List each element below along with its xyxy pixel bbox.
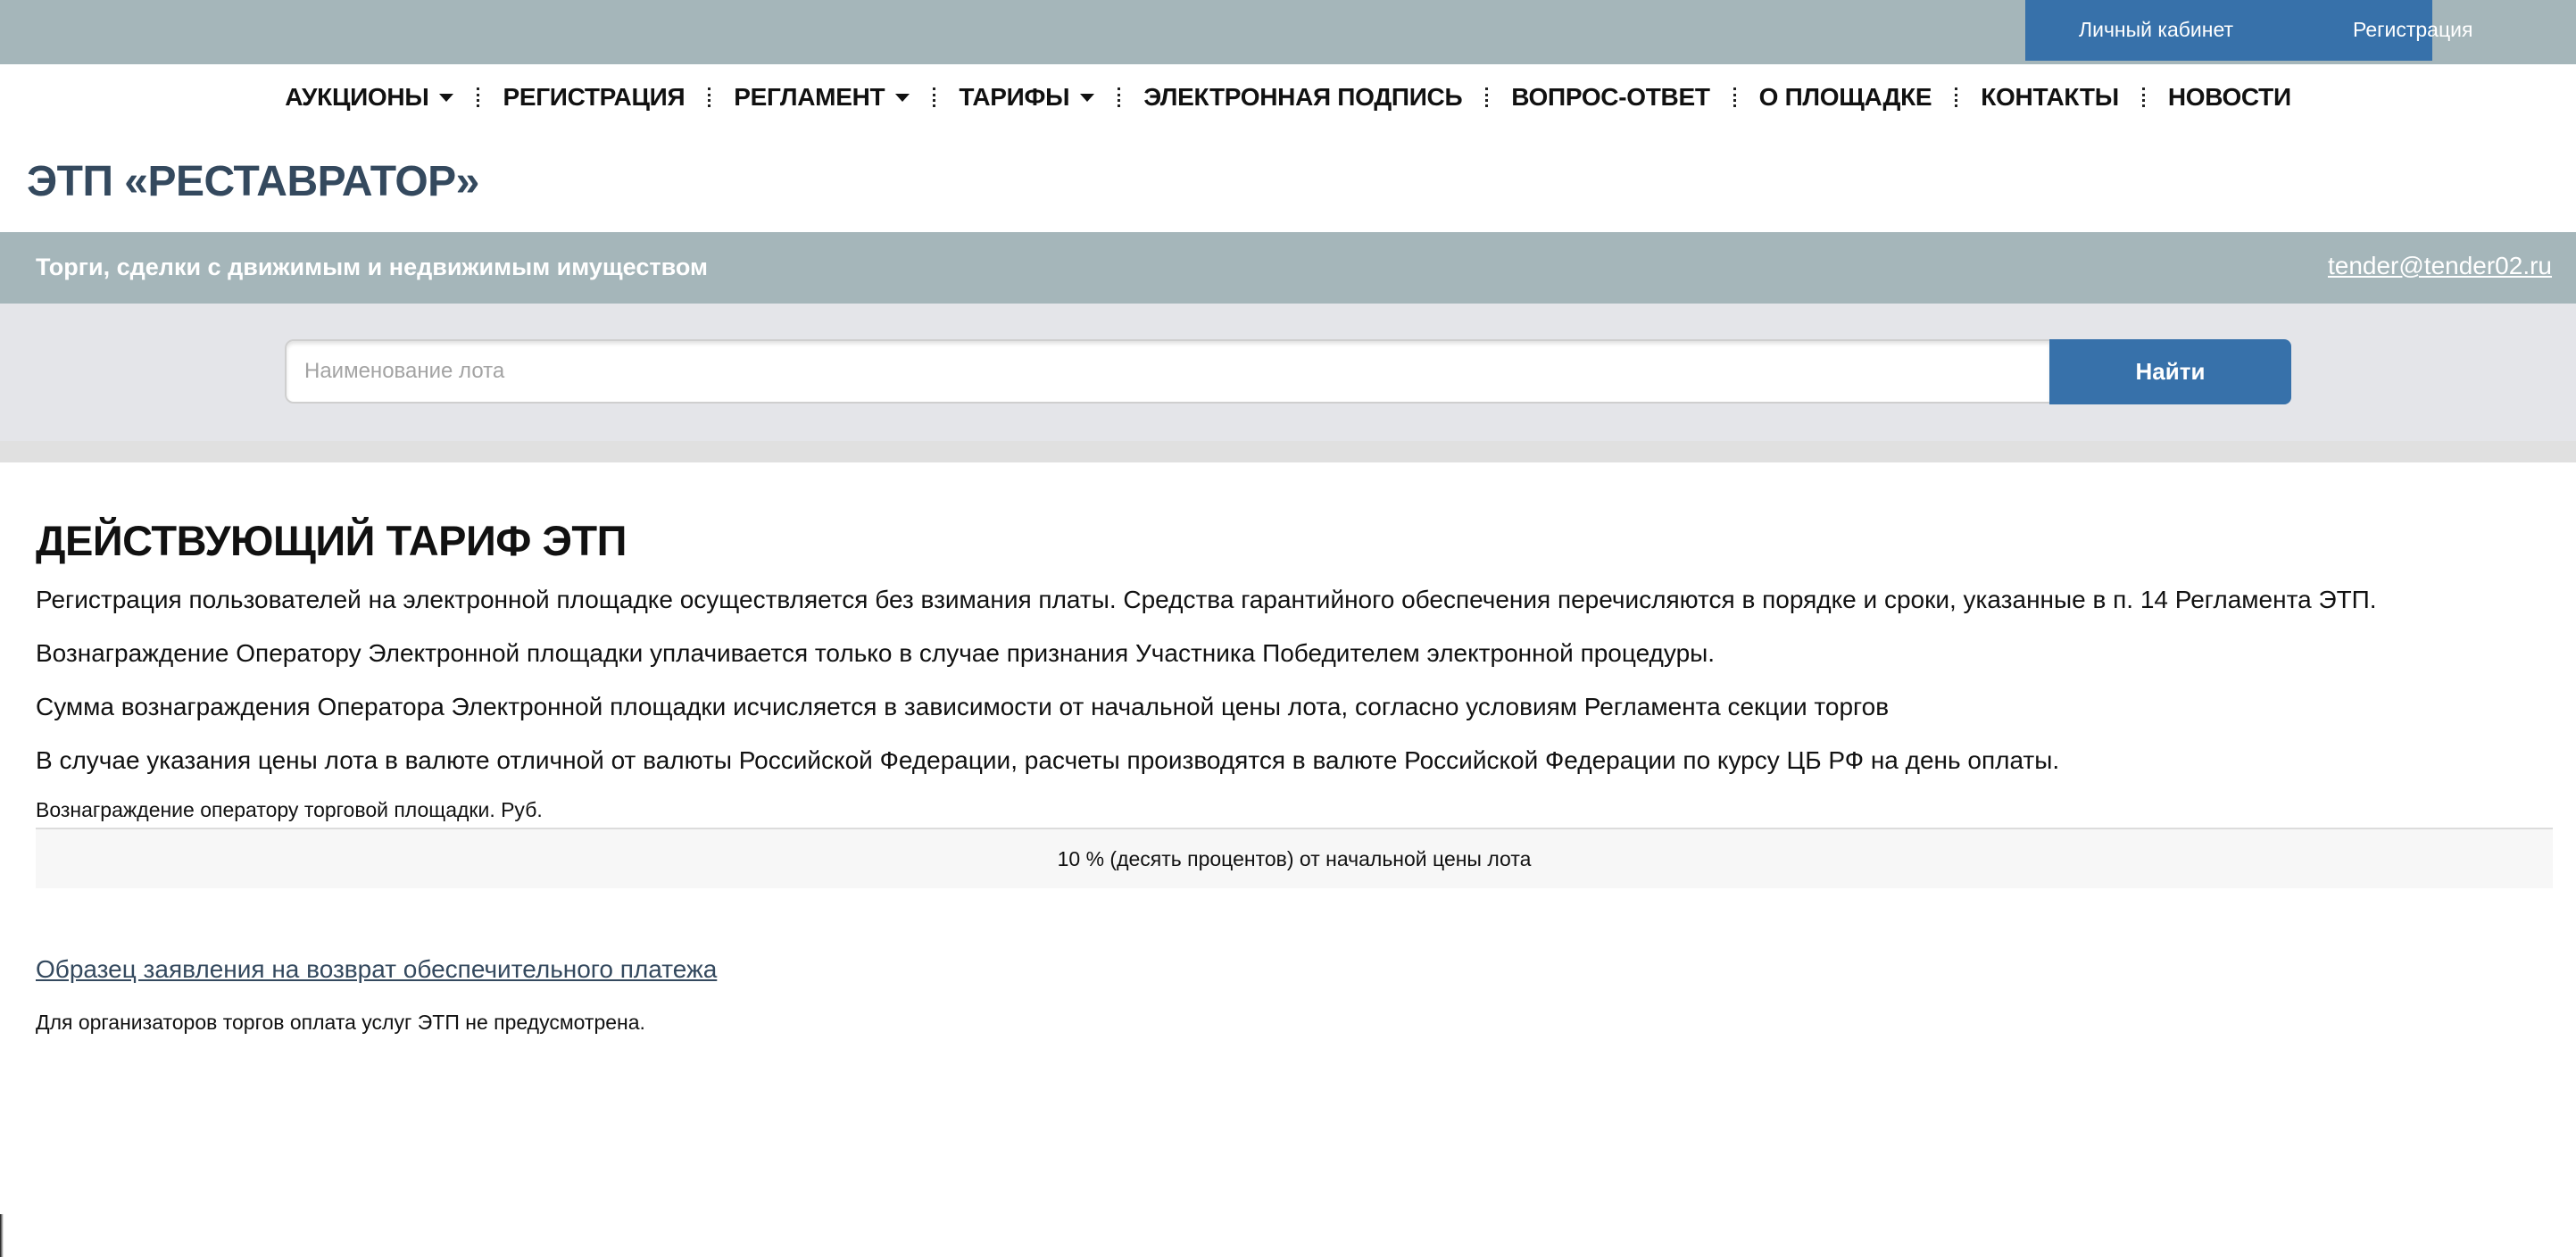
paragraph-registration: Регистрация пользователей на электронной… (36, 584, 2377, 616)
nav-item-registration[interactable]: РЕГИСТРАЦИЯ (479, 53, 708, 142)
slogan-band: Торги, сделки с движимым и недвижимым им… (0, 232, 2576, 304)
nav-item-contacts[interactable]: КОНТАКТЫ (1957, 53, 2142, 142)
tariff-content: ДЕЙСТВУЮЩИЙ ТАРИФ ЭТП Регистрация пользо… (36, 500, 2553, 565)
email-link[interactable]: tender@tender02.ru (2328, 252, 2552, 280)
site-logo[interactable]: ЭТП «РЕСТАВРАТОР» (27, 157, 479, 206)
nav-item-faq[interactable]: ВОПРОС-ОТВЕТ (1488, 53, 1733, 142)
nav-item-news[interactable]: НОВОСТИ (2145, 53, 2314, 142)
fee-table-caption: Вознаграждение оператору торговой площад… (36, 798, 543, 822)
nav-label: ВОПРОС-ОТВЕТ (1511, 83, 1709, 112)
nav-label: ТАРИФЫ (959, 83, 1069, 112)
nav-label: РЕГИСТРАЦИЯ (503, 83, 685, 112)
nav-item-about[interactable]: О ПЛОЩАДКЕ (1736, 53, 1956, 142)
search-band-bottom (0, 441, 2576, 462)
caret-down-icon (439, 94, 453, 102)
nav-label: ЭЛЕКТРОННАЯ ПОДПИСЬ (1143, 83, 1462, 112)
nav-item-e-signature[interactable]: ЭЛЕКТРОННАЯ ПОДПИСЬ (1120, 53, 1485, 142)
main-nav: АУКЦИОНЫ РЕГИСТРАЦИЯ РЕГЛАМЕНТ ТАРИФЫ ЭЛ… (0, 64, 2576, 154)
lot-search-input[interactable] (285, 339, 2052, 404)
paragraph-currency: В случае указания цены лота в валюте отл… (36, 745, 2059, 777)
registration-link[interactable]: Регистрация (2353, 18, 2472, 42)
organizers-note: Для организаторов торгов оплата услуг ЭТ… (36, 1011, 645, 1035)
window-corner-shadow (0, 1214, 4, 1257)
nav-label: КОНТАКТЫ (1981, 83, 2119, 112)
paragraph-reward: Вознаграждение Оператору Электронной пло… (36, 637, 1715, 670)
nav-label: РЕГЛАМЕНТ (734, 83, 885, 112)
caret-down-icon (1080, 94, 1094, 102)
refund-application-sample-link[interactable]: Образец заявления на возврат обеспечител… (36, 955, 717, 984)
slogan-text: Торги, сделки с движимым и недвижимым им… (36, 254, 708, 281)
nav-item-tariffs[interactable]: ТАРИФЫ (935, 53, 1118, 142)
page-title: ДЕЙСТВУЮЩИЙ ТАРИФ ЭТП (36, 516, 2553, 565)
caret-down-icon (895, 94, 910, 102)
nav-label: АУКЦИОНЫ (285, 83, 428, 112)
nav-item-regulations[interactable]: РЕГЛАМЕНТ (710, 53, 933, 142)
search-button[interactable]: Найти (2049, 339, 2291, 404)
account-actions: Личный кабинет Регистрация (2025, 0, 2432, 61)
nav-label: О ПЛОЩАДКЕ (1759, 83, 1932, 112)
fee-table: 10 % (десять процентов) от начальной цен… (36, 828, 2553, 888)
paragraph-reward-amount: Сумма вознаграждения Оператора Электронн… (36, 691, 1889, 723)
nav-label: НОВОСТИ (2168, 83, 2291, 112)
nav-item-auctions[interactable]: АУКЦИОНЫ (262, 53, 477, 142)
fee-table-cell: 10 % (десять процентов) от начальной цен… (1058, 847, 1532, 871)
personal-cabinet-link[interactable]: Личный кабинет (2079, 18, 2233, 42)
